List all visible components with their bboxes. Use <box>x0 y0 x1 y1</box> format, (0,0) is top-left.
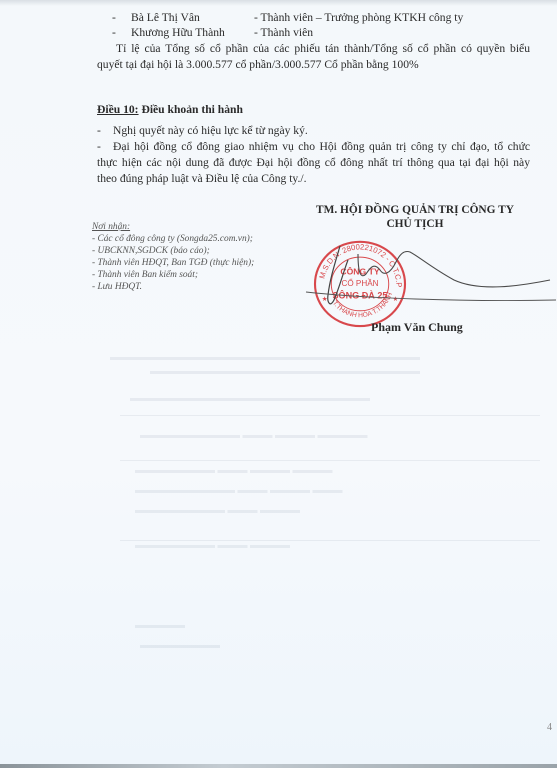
recipients-heading: Nơi nhận: <box>92 221 130 233</box>
signature-title: CHỦ TỊCH <box>310 217 520 231</box>
signatory-name: Phạm Văn Chung <box>371 320 463 334</box>
item-dash: - <box>97 140 101 153</box>
article-item: Nghị quyết này có hiệu lực kể từ ngày ký… <box>113 124 308 138</box>
article-item-line2: thực hiện các nội dung đã được Đại hội đ… <box>97 156 530 170</box>
item-dash: - <box>97 124 101 137</box>
signature-org-line: TM. HỘI ĐỒNG QUẢN TRỊ CÔNG TY <box>310 203 520 217</box>
article-heading: Điều 10: Điều khoản thi hành <box>97 103 243 117</box>
handwritten-signature <box>300 240 557 320</box>
vote-ratio-line1: Tỉ lệ của Tổng số cổ phần của các phiếu … <box>116 42 530 56</box>
scan-edge <box>0 764 557 768</box>
member-role: - Thành viên – Trưởng phòng KTKH công ty <box>254 11 463 25</box>
member-name: Bà Lê Thị Vân <box>131 11 200 25</box>
recipient-item: - Lưu HĐQT. <box>92 281 142 293</box>
recipient-item: - Thành viên Ban kiểm soát; <box>92 269 198 281</box>
article-item-line3: theo đúng pháp luật và Điều lệ của Công … <box>97 172 307 186</box>
member-dash: - <box>112 26 116 39</box>
article-item-line1: Đại hội đồng cổ đông giao nhiệm vụ cho H… <box>113 140 530 154</box>
member-role: - Thành viên <box>254 26 313 40</box>
vote-ratio-line2: quyết tại đại hội là 3.000.577 cổ phần/3… <box>97 58 419 72</box>
member-name: Khương Hữu Thành <box>131 26 225 40</box>
recipient-item: - Thành viên HĐQT, Ban TGĐ (thực hiện); <box>92 257 254 269</box>
article-number: Điều 10: <box>97 103 139 116</box>
recipient-item: - Các cổ đông công ty (Songda25.com.vn); <box>92 233 253 245</box>
recipient-item: - UBCKNN,SGDCK (báo cáo); <box>92 245 210 257</box>
page-mark: 4 <box>547 722 552 733</box>
document-page: ▬▬▬▬▬▬▬▬▬▬▬▬▬▬▬▬▬▬▬▬▬▬▬▬▬▬▬▬▬▬▬ ▬▬▬▬▬▬▬▬… <box>0 0 557 768</box>
article-title: Điều khoản thi hành <box>139 103 243 116</box>
member-dash: - <box>112 11 116 24</box>
